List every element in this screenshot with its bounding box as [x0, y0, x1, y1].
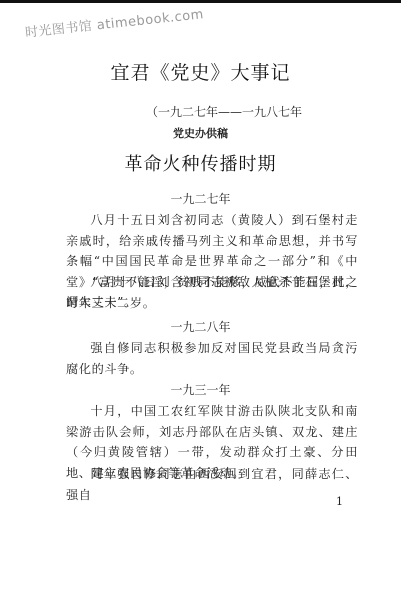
paragraph: 同年强自修同志由西安回到宜君，同薛志仁、强自 — [66, 464, 358, 505]
paragraph: 八月十八日刘含初同志被敌人枪杀于石堡村，时年三十二岁。 — [66, 272, 358, 313]
year-heading-1928: 一九二八年 — [0, 318, 401, 335]
year-heading-1931: 一九三一年 — [0, 381, 401, 398]
page-number: 1 — [336, 495, 343, 508]
document-title: 宜君《党史》大事记 — [0, 58, 401, 85]
watermark: 时光图书馆 atimebook.com — [24, 3, 205, 41]
year-heading-1927: 一九二七年 — [0, 190, 401, 207]
paragraph: 强自修同志积极参加反对国民党县政当局贪污腐化的斗争。 — [66, 338, 358, 379]
date-range: （一九二七年——一九八七年 — [146, 103, 302, 120]
section-heading: 革命火种传播时期 — [0, 150, 401, 176]
source-credit: 党史办供稿 — [0, 125, 401, 141]
